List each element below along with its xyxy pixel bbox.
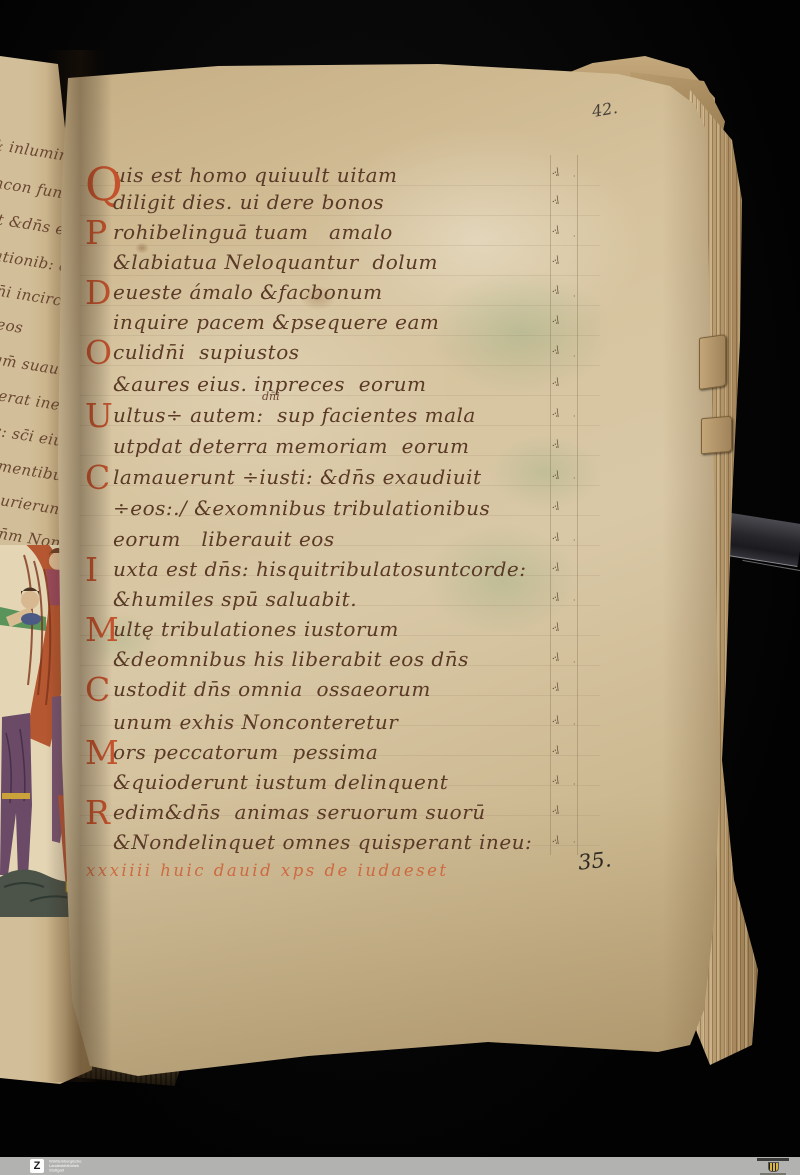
text-line: unum exhis Nonconteretur xyxy=(113,710,398,734)
text-line: &quioderunt iustum delinquent xyxy=(113,770,448,794)
verse-initial: O xyxy=(85,333,113,372)
text-line: Oculidn̄i supiustos xyxy=(113,340,300,364)
text-line: Multę tribulationes iustorum xyxy=(113,617,399,641)
margin-mark: ·:/ xyxy=(550,167,561,180)
margin-dot: · xyxy=(573,412,576,421)
verse-text: eueste ámalo &facbonum xyxy=(113,280,383,304)
margin-mark: ·:/ xyxy=(550,285,561,298)
margin-mark: ·:/ xyxy=(550,745,561,758)
manuscript-photo: { "manuscript": { "folio_number": "42.",… xyxy=(0,0,800,1175)
margin-dot: · xyxy=(573,474,576,483)
margin-dot: · xyxy=(573,292,576,301)
verse-initial: D xyxy=(85,273,112,312)
coat-of-arms-icon xyxy=(768,1162,779,1172)
library-logo-icon: Z xyxy=(30,1159,44,1173)
text-line: eorum liberauit eos xyxy=(113,527,335,551)
verse-initial: M xyxy=(85,610,119,649)
margin-mark: ·:/ xyxy=(550,835,561,848)
verse-text: utpdat deterra memoriam eorum xyxy=(113,434,469,458)
verse-text: edim&dn̄s animas seruorum suorū xyxy=(113,800,486,824)
margin-mark: ·:/ xyxy=(550,377,561,390)
margin-mark: ·:/ xyxy=(550,532,561,545)
text-line: &labiatua Neloquantur dolum xyxy=(113,250,438,274)
verse-text: diligit dies. ui dere bonos xyxy=(113,190,384,214)
margin-mark: ·:/ xyxy=(550,439,561,452)
margin-mark: ·:/ xyxy=(550,775,561,788)
margin-dot: · xyxy=(573,596,576,605)
text-line: inquire pacem &psequere eam xyxy=(113,310,439,334)
footer-bar: Z Württembergische Landesbibliothek Stut… xyxy=(0,1157,800,1175)
verse-initial: U xyxy=(85,396,113,435)
verse-text: uxta est dn̄s: hisquitribulatosuntcorde: xyxy=(113,557,526,581)
text-line: Mors peccatorum pessima xyxy=(113,740,378,764)
verse-text: culidn̄i supiustos xyxy=(113,340,300,364)
margin-mark: ·:/ xyxy=(550,622,561,635)
text-line: Uultus÷ autem: sup facientes mala xyxy=(113,403,476,427)
facing-text-fragment: surierunt xyxy=(0,490,67,519)
text-line: &Nondelinquet omnes quisperant ineu: xyxy=(113,830,532,854)
library-name-line: Stuttgart xyxy=(49,1168,81,1173)
verse-text: eorum liberauit eos xyxy=(113,527,335,551)
verse-initial: C xyxy=(85,670,111,709)
verse-text: &humiles spū saluabit. xyxy=(113,587,357,611)
folio-number: 42. xyxy=(591,98,619,121)
margin-mark: ·:/ xyxy=(550,562,561,575)
verse-text: ÷eos:./ &exomnibus tribulationibus xyxy=(113,496,490,520)
verse-initial: P xyxy=(85,213,108,252)
text-line: Clamauerunt ÷iusti: &dn̄s exaudiuit xyxy=(113,465,482,489)
margin-mark: ·:/ xyxy=(550,408,561,421)
margin-dot: · xyxy=(573,352,576,361)
recto-page: 42. Quis est homo quiuult uitam diligit … xyxy=(58,60,722,1080)
ruling-line-vertical xyxy=(577,155,578,855)
text-line: Redim&dn̄s animas seruorum suorū xyxy=(113,800,486,824)
text-line: Quis est homo quiuult uitam xyxy=(113,163,398,187)
text-line: Custodit dn̄s omnia ossaeorum xyxy=(113,677,431,701)
verse-text: ors peccatorum pessima xyxy=(113,740,378,764)
facing-text-fragment: eos xyxy=(0,315,24,337)
fore-edge-tab[interactable] xyxy=(699,334,726,390)
verse-text: ustodit dn̄s omnia ossaeorum xyxy=(113,677,431,701)
margin-mark: ·:/ xyxy=(550,652,561,665)
margin-mark: ·:/ xyxy=(550,225,561,238)
coat-of-arms-logo xyxy=(752,1158,794,1174)
text-line: Iuxta est dn̄s: hisquitribulatosuntcorde… xyxy=(113,557,526,581)
margin-dot: · xyxy=(573,720,576,729)
margin-dot: · xyxy=(573,232,576,241)
text-line: Deueste ámalo &facbonum xyxy=(113,280,383,304)
margin-dot: · xyxy=(573,838,576,847)
text-line: utpdat deterra memoriam eorum xyxy=(113,434,469,458)
margin-mark: ·:/ xyxy=(550,592,561,605)
text-line: ÷eos:./ &exomnibus tribulationibus xyxy=(113,496,490,520)
margin-mark: ·:/ xyxy=(550,345,561,358)
coat-of-arms-label-bar xyxy=(757,1158,789,1161)
margin-mark: ·:/ xyxy=(550,501,561,514)
fore-edge-tab[interactable] xyxy=(701,416,732,455)
margin-mark: ·:/ xyxy=(550,682,561,695)
text-line: &deomnibus his liberabit eos dn̄s xyxy=(113,647,469,671)
verse-text: uis est homo quiuult uitam xyxy=(113,163,398,187)
margin-mark: ·:/ xyxy=(550,315,561,328)
verse-initial: C xyxy=(85,458,111,497)
text-line: Prohibelinguā tuam amalo xyxy=(113,220,393,244)
margin-mark: ·:/ xyxy=(550,715,561,728)
verse-text: &deomnibus his liberabit eos dn̄s xyxy=(113,647,469,671)
verse-text: &quioderunt iustum delinquent xyxy=(113,770,448,794)
text-line: diligit dies. ui dere bonos xyxy=(113,190,384,214)
interlinear-gloss: dn̄i xyxy=(262,390,280,403)
verse-text: &labiatua Neloquantur dolum xyxy=(113,250,438,274)
verse-initial: I xyxy=(85,550,99,589)
margin-mark: ·:/ xyxy=(550,470,561,483)
verse-initial: R xyxy=(85,793,110,832)
margin-mark: ·:/ xyxy=(550,805,561,818)
verse-text: ultę tribulationes iustorum xyxy=(113,617,399,641)
text-line: &humiles spū saluabit. xyxy=(113,587,357,611)
verse-initial: M xyxy=(85,733,119,772)
margin-dot: · xyxy=(573,172,576,181)
margin-dot: · xyxy=(573,536,576,545)
margin-dot: · xyxy=(573,780,576,789)
margin-mark: ·:/ xyxy=(550,255,561,268)
verse-text: inquire pacem &psequere eam xyxy=(113,310,439,334)
margin-mark: ·:/ xyxy=(550,195,561,208)
library-name: Württembergische Landesbibliothek Stuttg… xyxy=(49,1159,81,1173)
verse-text: rohibelinguā tuam amalo xyxy=(113,220,393,244)
verse-text: &Nondelinquet omnes quisperant ineu: xyxy=(113,830,532,854)
verse-text: lamauerunt ÷iusti: &dn̄s exaudiuit xyxy=(113,465,482,489)
verse-text: unum exhis Nonconteretur xyxy=(113,710,398,734)
psalm-number: 35. xyxy=(577,847,613,874)
psalm-rubric: xxxiiii huic dauid xps de iudaeset xyxy=(86,861,448,880)
verse-text: ultus÷ autem: sup facientes mala xyxy=(113,403,476,427)
margin-dot: · xyxy=(573,658,576,667)
